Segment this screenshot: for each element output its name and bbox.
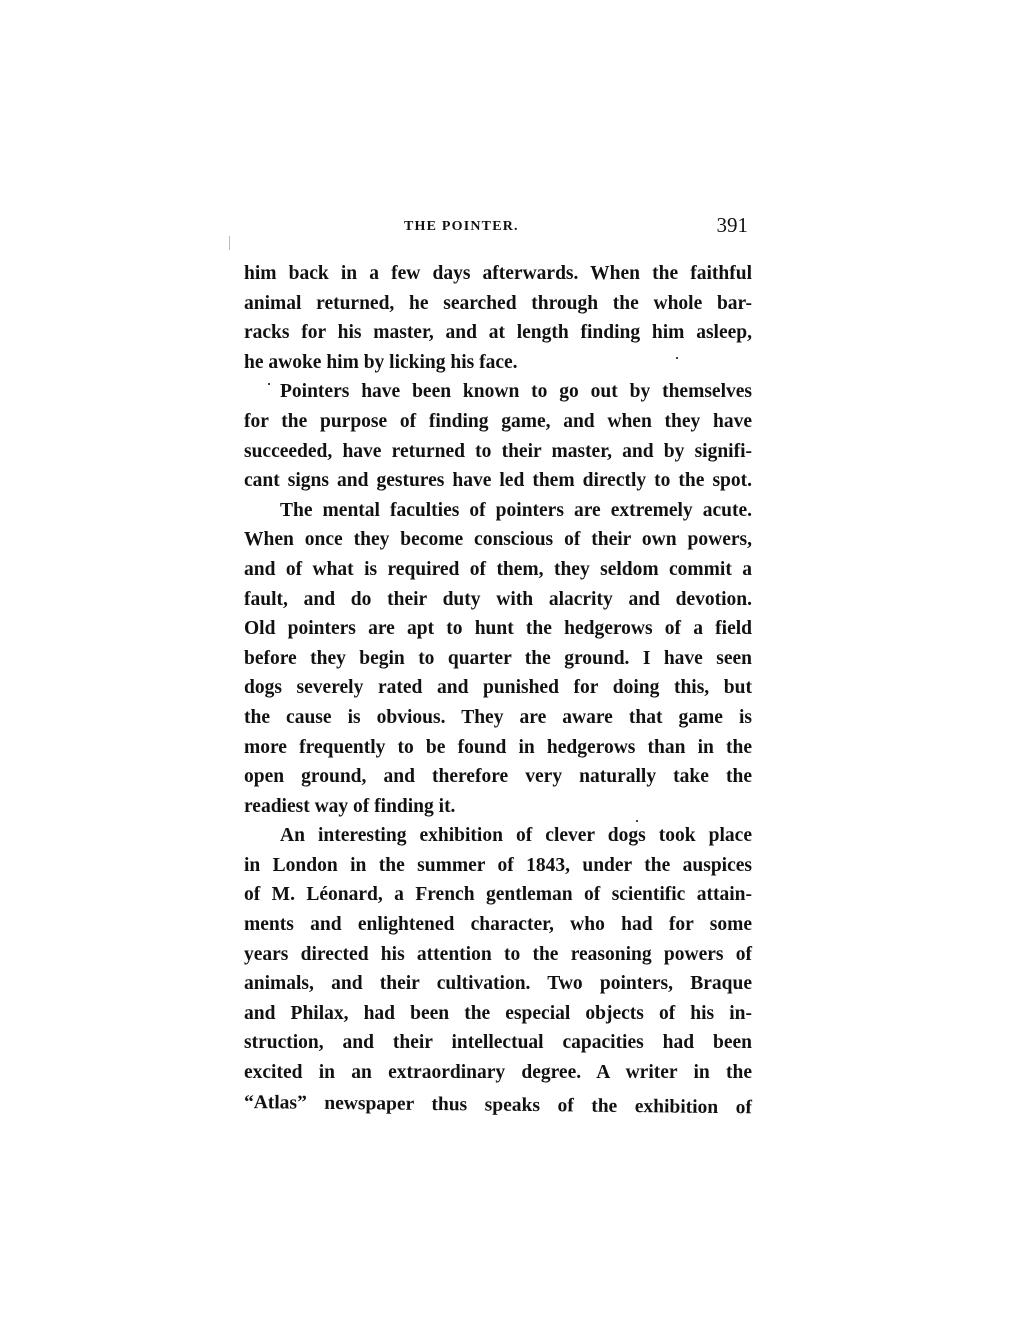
text-line: ments and enlightened character, who had… [244,910,752,940]
paragraph-3: The mental faculties of pointers are ext… [244,496,752,822]
text-line: An interesting exhibition of clever dogs… [244,821,752,851]
text-line: the cause is obvious. They are aware tha… [244,703,752,733]
text-line: cant signs and gestures have led them di… [244,466,752,496]
text-line: of M. Léonard, a French gentleman of sci… [244,880,752,910]
text-line: Pointers have been known to go out by th… [244,377,752,407]
text-line: open ground, and therefore very naturall… [244,762,752,792]
text-line: before they begin to quarter the ground.… [244,644,752,674]
running-title: THE POINTER. [404,219,519,235]
text-line: racks for his master, and at length find… [244,318,752,348]
print-speck [636,820,638,822]
text-line: struction, and their intellectual capaci… [244,1028,752,1058]
text-line: in London in the summer of 1843, under t… [244,851,752,881]
running-head: THE POINTER. 391 [244,213,750,243]
print-speck [268,383,270,385]
paragraph-2: Pointers have been known to go out by th… [244,377,752,495]
text-line: animals, and their cultivation. Two poin… [244,969,752,999]
text-line: years directed his attention to the reas… [244,940,752,970]
text-line: animal returned, he searched through the… [244,289,752,319]
margin-mark [229,236,230,250]
text-line: The mental faculties of pointers are ext… [244,496,752,526]
body-text: him back in a few days afterwards. When … [244,259,752,1117]
text-line: readiest way of finding it. [244,792,752,822]
book-page: THE POINTER. 391 him back in a few days … [0,0,1033,1339]
print-speck [676,357,678,359]
page-number: 391 [717,213,749,238]
text-line: When once they become conscious of their… [244,525,752,555]
text-line: he awoke him by licking his face. [244,348,752,378]
text-line: excited in an extraordinary degree. A wr… [244,1058,752,1088]
text-line: dogs severely rated and punished for doi… [244,673,752,703]
text-line: “Atlas” newspaper thus speaks of the exh… [244,1088,752,1123]
text-line: fault, and do their duty with alacrity a… [244,585,752,615]
text-line: and Philax, had been the especial object… [244,999,752,1029]
text-line: for the purpose of finding game, and whe… [244,407,752,437]
text-line: Old pointers are apt to hunt the hedgero… [244,614,752,644]
paragraph-4: An interesting exhibition of clever dogs… [244,821,752,1117]
text-line: him back in a few days afterwards. When … [244,259,752,289]
text-line: and of what is required of them, they se… [244,555,752,585]
text-line: more frequently to be found in hedgerows… [244,733,752,763]
text-line: succeeded, have returned to their master… [244,437,752,467]
paragraph-1: him back in a few days afterwards. When … [244,259,752,377]
